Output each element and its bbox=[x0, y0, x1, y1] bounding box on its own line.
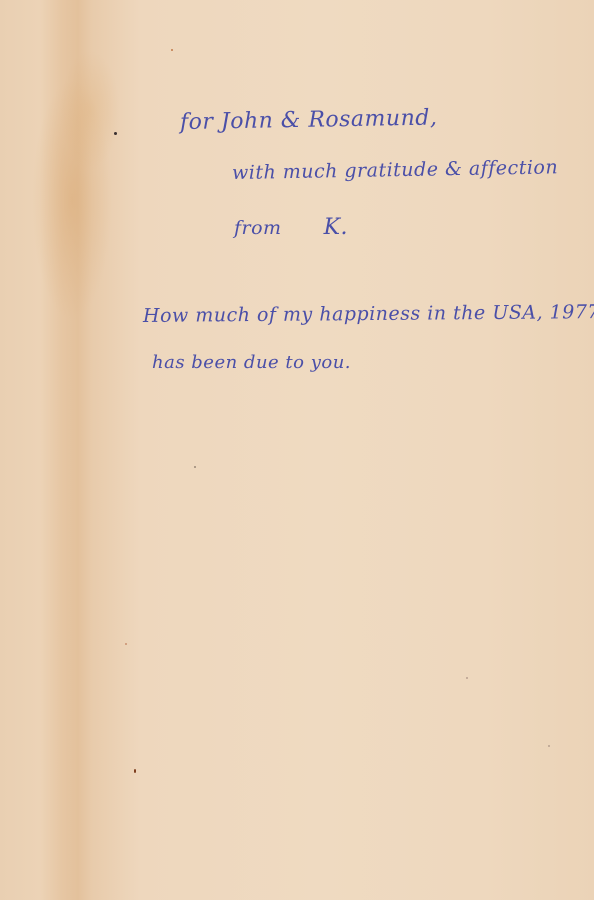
dedication-line-3: fromK. bbox=[234, 215, 348, 240]
signature: K. bbox=[324, 215, 348, 240]
paper-speck bbox=[134, 769, 136, 773]
from-text: from bbox=[234, 217, 282, 239]
note-line-2: has been due to you. bbox=[152, 352, 351, 373]
book-page: for John & Rosamund, with much gratitude… bbox=[0, 0, 594, 900]
paper-speck bbox=[114, 132, 117, 135]
paper-speck bbox=[194, 466, 196, 468]
dedication-line-2: with much gratitude & affection bbox=[232, 156, 558, 184]
dedication-line-1: for John & Rosamund, bbox=[180, 106, 438, 135]
note-line-1: How much of my happiness in the USA, 197… bbox=[143, 301, 594, 327]
paper-speck bbox=[171, 49, 173, 51]
paper-speck bbox=[125, 643, 127, 645]
paper-speck bbox=[466, 677, 468, 679]
paper-speck bbox=[548, 745, 550, 747]
foxing-stain bbox=[60, 50, 120, 170]
